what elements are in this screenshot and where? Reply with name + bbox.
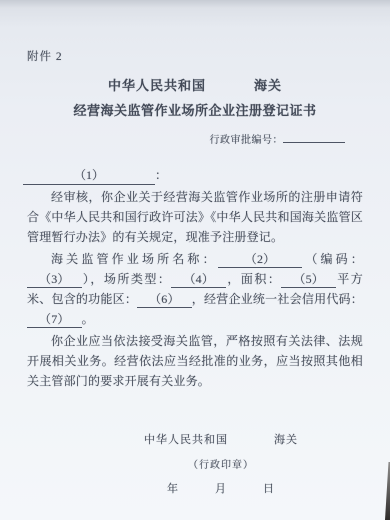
p2-seg-7: 。 xyxy=(82,312,94,326)
blank-6: （6） xyxy=(137,292,192,308)
paragraph-approval: 经审核，你企业关于经营海关监管作业场所的注册申请符合《中华人民共和国行政许可法》… xyxy=(27,187,363,247)
recipient-colon: ： xyxy=(155,168,167,182)
signature-country: 中华人民共和国 xyxy=(144,434,228,446)
blank-7: （7） xyxy=(27,312,82,328)
document-title: 经营海关监管作业场所企业注册登记证书 xyxy=(27,100,363,119)
seal-note: （行政印章） xyxy=(53,456,389,471)
date-line: 年 月 日 xyxy=(53,480,389,496)
signature-line-1: 中华人民共和国海关 xyxy=(53,431,389,447)
signature-customs: 海关 xyxy=(274,434,298,446)
p2-seg-4: ，面积： xyxy=(226,272,281,286)
approval-number-line: 行政审批编号： xyxy=(27,131,363,146)
title-country: 中华人民共和国 xyxy=(108,78,206,93)
p2-seg-1: 海关监管作业场所名称： xyxy=(51,252,218,266)
title-customs: 海关 xyxy=(254,78,282,93)
paragraph-site-info: 海关监管作业场所名称：（2）（编码：（3）），场所类型：（4），面积：（5）平方… xyxy=(27,249,363,329)
p2-seg-3: ），场所类型： xyxy=(82,272,172,286)
blank-2: （2） xyxy=(218,252,303,268)
blank-3: （3） xyxy=(27,272,82,288)
approval-number-blank xyxy=(283,131,345,143)
approval-number-label: 行政审批编号： xyxy=(210,135,284,146)
certificate-page: 附件 2 中华人民共和国海关 经营海关监管作业场所企业注册登记证书 行政审批编号… xyxy=(0,0,390,496)
signature-block: 中华人民共和国海关 （行政印章） 年 月 日 xyxy=(53,431,389,496)
p2-seg-2: （编码： xyxy=(302,252,363,266)
paragraph-obligations: 你企业应当依法接受海关监管，严格按照有关法律、法规开展相关业务。经营依法应当经批… xyxy=(27,331,363,391)
recipient-blank: （1） xyxy=(23,166,155,185)
attachment-label: 附件 2 xyxy=(27,48,363,64)
recipient-line: （1）： xyxy=(23,166,363,185)
title-line-1: 中华人民共和国海关 xyxy=(27,75,363,94)
p2-seg-6: ，经营企业统一社会信用代码： xyxy=(192,292,363,306)
blank-5: （5） xyxy=(281,272,336,288)
blank-4: （4） xyxy=(171,272,226,288)
document-photo: 附件 2 中华人民共和国海关 经营海关监管作业场所企业注册登记证书 行政审批编号… xyxy=(0,0,390,520)
